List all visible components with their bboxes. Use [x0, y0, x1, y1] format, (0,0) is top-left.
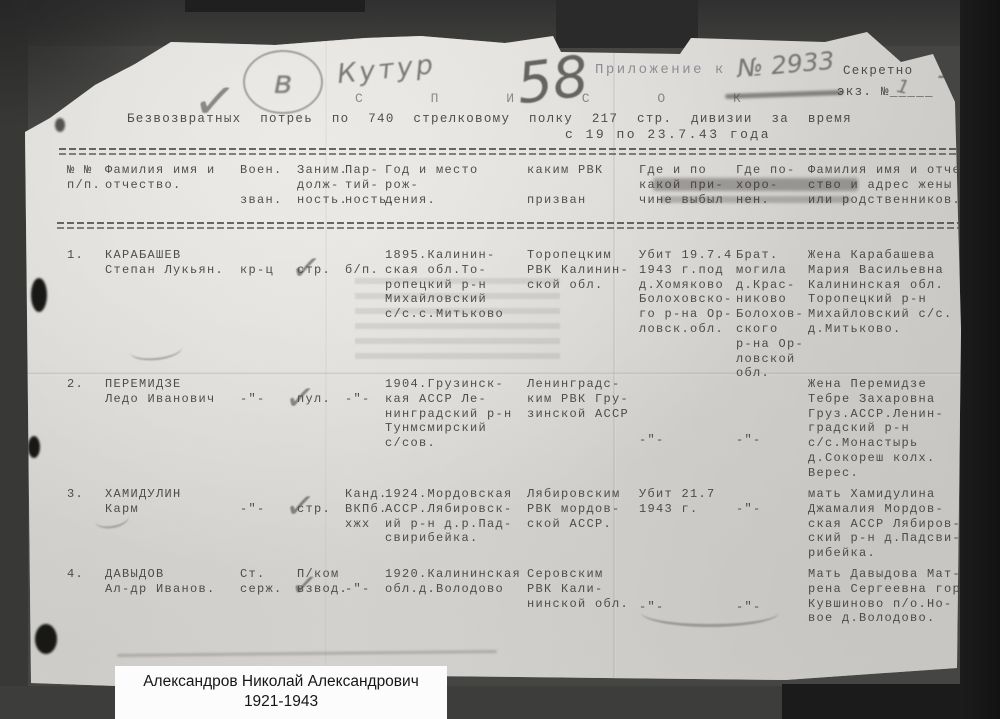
appendix-number-handwritten: № 2933	[736, 46, 836, 83]
title-line-1: Безвозвратных потреь по 740 стрелковому …	[127, 112, 957, 127]
pencil-smear	[117, 650, 497, 657]
pencil-letter: в	[274, 63, 293, 101]
caption-box: Александров Николай Александрович 1921-1…	[115, 666, 447, 719]
paper-tear-notch	[556, 0, 698, 48]
document-heading: С П И С О К	[355, 92, 771, 107]
soldier-name: ПЕРЕМИДЗЕ Ледо Иванович	[105, 377, 240, 481]
soldier-name: КАРАБАШЕВ Степан Лукьян.	[105, 248, 240, 381]
soldier-burial: Брат. могила д.Крас- никово Болохов- ско…	[736, 248, 808, 381]
pencil-checkmark-icon: ✓	[283, 377, 317, 421]
soldier-rvk: Лябировским РВК мордов- ской АССР.	[527, 487, 639, 561]
col-header-rvk: каким РВК призван	[527, 163, 639, 207]
soldier-fate: Убит 21.7 1943 г.	[639, 487, 736, 561]
row-number: 2.	[67, 377, 105, 481]
copy-number-label: экз. №_____	[837, 85, 934, 100]
soldier-name: ДАВЫДОВ Ал-др Иванов.	[105, 567, 240, 626]
document-sheet: зор ✓ в Кутур 58 Приложение к № 2933 Сек…	[25, 30, 965, 692]
soldier-burial: -"-	[736, 487, 808, 561]
paper-hole	[31, 278, 47, 312]
soldier-name: ХАМИДУЛИН Карм	[105, 487, 240, 561]
col-header-born: Год и место рож- дения.	[385, 163, 527, 207]
col-header-burial: Где по- хоро- нен.	[736, 163, 808, 207]
soldier-born: 1895.Калинин- ская обл.То- ропецкий р-н …	[385, 248, 527, 381]
title-line-2: с 19 по 23.7.43 года	[565, 128, 771, 143]
soldier-rvk: Серовским РВК Кали- нинской обл.	[527, 567, 639, 626]
soldier-born: 1924.Мордовская АССР.Лябировск- ий р-н д…	[385, 487, 527, 561]
soldier-burial: -"-	[736, 377, 808, 481]
pencil-checkmark-icon: ✓	[289, 247, 323, 291]
row-number: 1.	[67, 248, 105, 381]
soldier-rank: Ст. серж.	[240, 567, 297, 626]
sheet-number-handwritten: 1	[937, 54, 954, 85]
caption-years: 1921-1943	[115, 693, 447, 711]
copy-label-text: экз. №	[837, 85, 890, 99]
soldier-fate: -"-	[639, 377, 736, 481]
appendix-stamp: Приложение к	[595, 63, 726, 78]
soldier-born: 1920.Калининская обл.д.Володово	[385, 567, 527, 626]
pencil-checkmark-icon: ✓	[283, 485, 317, 529]
col-header-duty: Заним. долж- ность.	[297, 163, 345, 207]
paper-hole	[35, 624, 57, 654]
table-header-row: № № п/п. Фамилия имя и отчество. Воен. з…	[67, 163, 988, 207]
pencil-arc	[641, 598, 779, 627]
col-header-rank: Воен. зван.	[240, 163, 297, 207]
col-header-number: № № п/п.	[67, 163, 105, 207]
table-row: 2. ПЕРЕМИДЗЕ Ледо Иванович -"- пул. -"- …	[67, 377, 988, 481]
separator-line	[59, 148, 957, 156]
col-header-name: Фамилия имя и отчество.	[105, 163, 240, 207]
scanner-bed-right	[960, 0, 1000, 719]
soldier-born: 1904.Грузинск- кая АССР Ле- нинградский …	[385, 377, 527, 481]
table-row: 1. КАРАБАШЕВ Степан Лукьян. кр-ц стр. б/…	[67, 248, 988, 381]
separator-line	[57, 222, 959, 230]
pencil-cursive-word: Кутур	[336, 49, 438, 90]
pencil-circle-mark: в	[243, 50, 323, 114]
pencil-checkmark-icon: ✓	[289, 565, 320, 606]
scanner-shadow-top	[185, 0, 365, 12]
soldier-rvk: Ленинградс- ким РВК Гру- зинской АССР	[527, 377, 639, 481]
paper-hole	[28, 436, 40, 458]
soldier-party: Канд. ВКПб. хжх	[345, 487, 385, 561]
soldier-party: -"-	[345, 377, 385, 481]
caption-name: Александров Николай Александрович	[115, 673, 447, 691]
col-header-party: Пар- тий- ность.	[345, 163, 385, 207]
soldier-party: б/п.	[345, 248, 385, 381]
soldier-fate: Убит 19.7.4 1943 г.под д.Хомяково Болохо…	[639, 248, 736, 381]
paper-hole	[55, 118, 65, 132]
table-row: 3. ХАМИДУЛИН Карм -"- стр. Канд. ВКПб. х…	[67, 487, 988, 561]
soldier-rvk: Торопецким РВК Калинин- ской обл.	[527, 248, 639, 381]
col-header-fate: Где и по какой при- чине выбыл	[639, 163, 736, 207]
row-number: 4.	[67, 567, 105, 626]
soldier-party: -"-	[345, 567, 385, 626]
soldier-rank: кр-ц	[240, 248, 297, 381]
table-row: 4. ДАВЫДОВ Ал-др Иванов. Ст. серж. П/ком…	[67, 567, 988, 626]
